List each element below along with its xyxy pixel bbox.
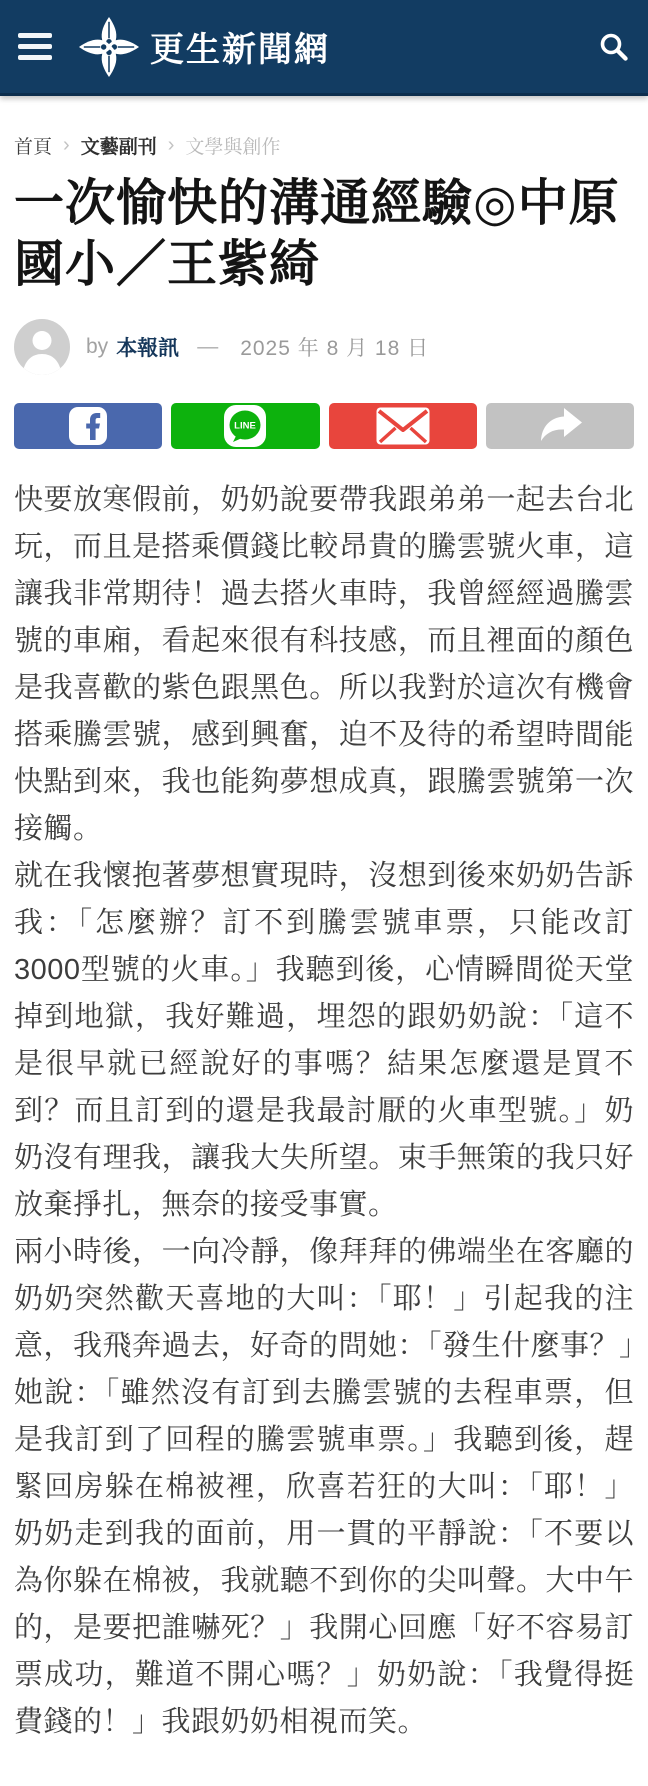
search-icon[interactable] — [598, 31, 630, 63]
breadcrumb-separator: › — [168, 134, 175, 157]
site-logo[interactable]: 更生新聞網 — [78, 16, 330, 78]
line-icon: LINE — [224, 405, 266, 447]
author-avatar[interactable] — [14, 319, 70, 375]
breadcrumb-separator: › — [63, 134, 70, 157]
article-paragraph: 兩小時後，一向冷靜，像拜拜的佛端坐在客廳的奶奶突然歡天喜地的大叫：「耶！」引起我… — [14, 1229, 634, 1746]
share-email-button[interactable] — [329, 403, 477, 449]
email-envelope-icon — [376, 407, 430, 445]
author-link[interactable]: 本報訊 — [116, 332, 179, 362]
menu-icon[interactable] — [18, 27, 52, 66]
breadcrumb-section[interactable]: 文藝副刊 — [81, 132, 157, 159]
article-byline: by 本報訊 — 2025 年 8 月 18 日 — [0, 319, 648, 375]
share-arrow-icon — [537, 408, 583, 444]
breadcrumb: 首頁 › 文藝副刊 › 文學與創作 — [0, 96, 648, 159]
article-body: 快要放寒假前，奶奶說要帶我跟弟弟一起去台北玩，而且是搭乘價錢比較昂貴的騰雲號火車… — [0, 449, 648, 1786]
article-title: 一次愉快的溝通經驗◎中原國小／王紫綺 — [0, 173, 648, 295]
site-title: 更生新聞網 — [150, 22, 330, 71]
share-forward-button[interactable] — [486, 403, 634, 449]
article-paragraph: 快要放寒假前，奶奶說要帶我跟弟弟一起去台北玩，而且是搭乘價錢比較昂貴的騰雲號火車… — [14, 477, 634, 853]
site-header: 更生新聞網 — [0, 0, 648, 96]
byline-prefix: by — [86, 335, 108, 359]
breadcrumb-home[interactable]: 首頁 — [14, 132, 52, 159]
share-line-button[interactable]: LINE — [171, 403, 319, 449]
breadcrumb-current: 文學與創作 — [185, 132, 280, 159]
line-icon-label: LINE — [235, 421, 257, 432]
byline-dash: — — [197, 335, 218, 359]
pen-nib-compass-logo-icon — [78, 16, 140, 78]
article-paragraph: 就在我懷抱著夢想實現時，沒想到後來奶奶告訴我：「怎麼辦？訂不到騰雲號車票，只能改… — [14, 853, 634, 1229]
facebook-icon — [69, 407, 107, 445]
share-facebook-button[interactable] — [14, 403, 162, 449]
publish-date: 2025 年 8 月 18 日 — [240, 332, 429, 362]
share-buttons: LINE — [0, 403, 648, 449]
